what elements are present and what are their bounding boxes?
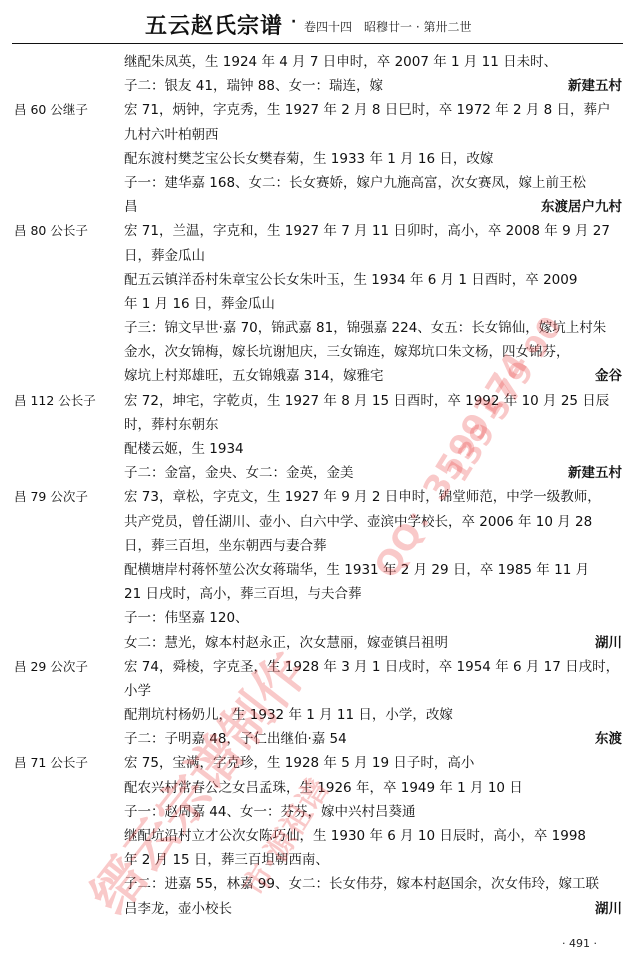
genealogy-entry: 昌 79 公次子宏 73，章松，字克文，生 1927 年 9 月 2 日申时，锦… [0, 485, 635, 654]
entry-text: 金水，次女锦梅，嫁长坑谢旭庆，三女锦连，嫁郑坑口朱文杨，四女锦芬， [124, 344, 570, 360]
entry-body: 宏 73，章松，字克文，生 1927 年 9 月 2 日申时，锦堂师范，中学一级… [124, 485, 622, 654]
genealogy-entry: 继配朱凤英，生 1924 年 4 月 7 日申时，卒 2007 年 1 月 11… [0, 50, 635, 98]
residence-location: 湖川 [595, 631, 622, 655]
residence-location: 新建五村 [568, 74, 622, 98]
entry-text: 子二：银友 41，瑞钟 88、女一：瑞连，嫁 [124, 78, 383, 94]
entry-text: 宏 72，坤宅，字乾贞，生 1927 年 8 月 15 日酉时，卒 1992 年… [124, 393, 609, 409]
entry-text: 子二：金富，金央、女二：金英，金美 [124, 465, 354, 481]
entry-line: 子一：赵周嘉 44、女一：芬芬，嫁中兴村吕葵通 [124, 800, 622, 824]
entry-text: 吕李龙，壶小校长 [124, 901, 232, 917]
entry-text: 时，葬村东朝东 [124, 417, 219, 433]
residence-location: 东渡 [595, 727, 622, 751]
entry-text: 九村六叶柏朝西 [124, 127, 219, 143]
volume-subtitle: 卷四十四 昭穆廿一 · 第卅二世 [304, 18, 471, 35]
entry-text: 配东渡村樊芝宝公长女樊春菊，生 1933 年 1 月 16 日，改嫁 [124, 151, 493, 167]
entry-body: 宏 75，宝满，字克珍，生 1928 年 5 月 19 日子时，高小配农兴村常春… [124, 751, 622, 920]
entry-body: 宏 71，兰温，字克和，生 1927 年 7 月 11 日卯时，高小，卒 200… [124, 219, 622, 388]
entry-text: 继配朱凤英，生 1924 年 4 月 7 日申时，卒 2007 年 1 月 11… [124, 54, 557, 70]
residence-location: 湖川 [595, 897, 622, 921]
entry-body: 宏 74，舜棱，字克圣，生 1928 年 3 月 1 日戌时，卒 1954 年 … [124, 655, 622, 752]
entry-line: 宏 71，兰温，字克和，生 1927 年 7 月 11 日卯时，高小，卒 200… [124, 219, 622, 243]
entry-line: 时，葬村东朝东 [124, 413, 622, 437]
entry-line: 九村六叶柏朝西 [124, 123, 622, 147]
lineage-label: 昌 112 公长子 [14, 389, 96, 413]
entry-line: 女二：慧光，嫁本村赵永正，次女慧丽，嫁壶镇吕祖明湖川 [124, 631, 622, 655]
entry-line: 继配朱凤英，生 1924 年 4 月 7 日申时，卒 2007 年 1 月 11… [124, 50, 622, 74]
entry-line: 吕李龙，壶小校长湖川 [124, 897, 622, 921]
entry-text: 小学 [124, 683, 151, 699]
lineage-label: 昌 60 公继子 [14, 98, 88, 122]
entry-text: 宏 71，炳钟，字克秀，生 1927 年 2 月 8 日巳时，卒 1972 年 … [124, 102, 611, 118]
residence-location: 东渡居户九村 [541, 195, 622, 219]
header-rule [12, 43, 623, 44]
entry-text: 子二：子明嘉 48，子仁出继伯·嘉 54 [124, 731, 347, 747]
entry-line: 继配坑沿村立才公次女陈巧仙，生 1930 年 6 月 10 日辰时，高小，卒 1… [124, 824, 622, 848]
entry-line: 子三：锦文早世·嘉 70，锦武嘉 81，锦强嘉 224、女五：长女锦仙，嫁坑上村… [124, 316, 622, 340]
lineage-label: 昌 80 公长子 [14, 219, 88, 243]
entry-line: 宏 75，宝满，字克珍，生 1928 年 5 月 19 日子时，高小 [124, 751, 622, 775]
entry-body: 宏 71，炳钟，字克秀，生 1927 年 2 月 8 日巳时，卒 1972 年 … [124, 98, 622, 219]
entry-text: 宏 75，宝满，字克珍，生 1928 年 5 月 19 日子时，高小 [124, 755, 474, 771]
entry-text: 配农兴村常春公之女吕孟珠，生 1926 年，卒 1949 年 1 月 10 日 [124, 780, 523, 796]
book-title: 五云赵氏宗谱 [145, 9, 283, 40]
entry-line: 配荆坑村杨奶儿，生 1932 年 1 月 11 日，小学，改嫁 [124, 703, 622, 727]
entry-line: 子二：金富，金央、女二：金英，金美新建五村 [124, 461, 622, 485]
entry-text: 配横塘岸村蒋怀堃公次女蒋瑞华，生 1931 年 2 月 29 日，卒 1985 … [124, 562, 589, 578]
entry-text: 21 日戌时，高小，葬三百坦，与夫合葬 [124, 586, 361, 602]
entry-text: 宏 71，兰温，字克和，生 1927 年 7 月 11 日卯时，高小，卒 200… [124, 223, 610, 239]
entry-text: 宏 74，舜棱，字克圣，生 1928 年 3 月 1 日戌时，卒 1954 年 … [124, 659, 619, 675]
title-separator: · [291, 14, 296, 30]
genealogy-entry: 昌 112 公长子宏 72，坤宅，字乾贞，生 1927 年 8 月 15 日酉时… [0, 389, 635, 486]
entry-line: 年 1 月 16 日，葬金瓜山 [124, 292, 622, 316]
entry-line: 子二：进嘉 55，林嘉 99、女二：长女伟芬，嫁本村赵国余，次女伟玲，嫁工联 [124, 872, 622, 896]
entry-line: 配横塘岸村蒋怀堃公次女蒋瑞华，生 1931 年 2 月 29 日，卒 1985 … [124, 558, 622, 582]
entry-line: 子一：伟坚嘉 120、 [124, 606, 622, 630]
entry-line: 共产党员，曾任湖川、壶小、白六中学、壶滨中学校长，卒 2006 年 10 月 2… [124, 510, 622, 534]
genealogy-entries: 继配朱凤英，生 1924 年 4 月 7 日申时，卒 2007 年 1 月 11… [0, 50, 635, 921]
entry-line: 金水，次女锦梅，嫁长坑谢旭庆，三女锦连，嫁郑坑口朱文杨，四女锦芬， [124, 340, 622, 364]
entry-line: 配五云镇洋岙村朱章宝公长女朱叶玉，生 1934 年 6 月 1 日酉时，卒 20… [124, 268, 622, 292]
entry-text: 日，葬三百坦，坐东朝西与妻合葬 [124, 538, 327, 554]
entry-body: 宏 72，坤宅，字乾贞，生 1927 年 8 月 15 日酉时，卒 1992 年… [124, 389, 622, 486]
entry-text: 子一：赵周嘉 44、女一：芬芬，嫁中兴村吕葵通 [124, 804, 415, 820]
genealogy-entry: 昌 60 公继子宏 71，炳钟，字克秀，生 1927 年 2 月 8 日巳时，卒… [0, 98, 635, 219]
entry-text: 配五云镇洋岙村朱章宝公长女朱叶玉，生 1934 年 6 月 1 日酉时，卒 20… [124, 272, 577, 288]
entry-line: 嫁坑上村郑雄旺，五女锦娥嘉 314，嫁雅宅金谷 [124, 364, 622, 388]
entry-line: 年 2 月 15 日，葬三百坦朝西南、 [124, 848, 622, 872]
entry-text: 日，葬金瓜山 [124, 248, 205, 264]
entry-line: 21 日戌时，高小，葬三百坦，与夫合葬 [124, 582, 622, 606]
genealogy-entry: 昌 71 公长子宏 75，宝满，字克珍，生 1928 年 5 月 19 日子时，… [0, 751, 635, 920]
residence-location: 新建五村 [568, 461, 622, 485]
entry-line: 配农兴村常春公之女吕孟珠，生 1926 年，卒 1949 年 1 月 10 日 [124, 776, 622, 800]
entry-text: 子一：建华嘉 168、女二：长女赛娇，嫁户九施高富，次女赛凤，嫁上前王松 [124, 175, 586, 191]
entry-text: 子三：锦文早世·嘉 70，锦武嘉 81，锦强嘉 224、女五：长女锦仙，嫁坑上村… [124, 320, 606, 336]
genealogy-entry: 昌 80 公长子宏 71，兰温，字克和，生 1927 年 7 月 11 日卯时，… [0, 219, 635, 388]
entry-line: 子二：银友 41，瑞钟 88、女一：瑞连，嫁新建五村 [124, 74, 622, 98]
entry-line: 昌东渡居户九村 [124, 195, 622, 219]
entry-line: 小学 [124, 679, 622, 703]
residence-location: 金谷 [595, 364, 622, 388]
entry-text: 继配坑沿村立才公次女陈巧仙，生 1930 年 6 月 10 日辰时，高小，卒 1… [124, 828, 586, 844]
entry-text: 昌 [124, 199, 138, 215]
lineage-label: 昌 29 公次子 [14, 655, 88, 679]
entry-text: 嫁坑上村郑雄旺，五女锦娥嘉 314，嫁雅宅 [124, 368, 384, 384]
lineage-label: 昌 79 公次子 [14, 485, 88, 509]
genealogy-entry: 昌 29 公次子宏 74，舜棱，字克圣，生 1928 年 3 月 1 日戌时，卒… [0, 655, 635, 752]
page-header: 五云赵氏宗谱 · 卷四十四 昭穆廿一 · 第卅二世 [0, 0, 635, 43]
entry-line: 宏 72，坤宅，字乾贞，生 1927 年 8 月 15 日酉时，卒 1992 年… [124, 389, 622, 413]
entry-text: 子二：进嘉 55，林嘉 99、女二：长女伟芬，嫁本村赵国余，次女伟玲，嫁工联 [124, 876, 599, 892]
entry-text: 配楼云姬，生 1934 [124, 441, 244, 457]
entry-line: 配东渡村樊芝宝公长女樊春菊，生 1933 年 1 月 16 日，改嫁 [124, 147, 622, 171]
entry-line: 子一：建华嘉 168、女二：长女赛娇，嫁户九施高富，次女赛凤，嫁上前王松 [124, 171, 622, 195]
entry-body: 继配朱凤英，生 1924 年 4 月 7 日申时，卒 2007 年 1 月 11… [124, 50, 622, 98]
entry-text: 配荆坑村杨奶儿，生 1932 年 1 月 11 日，小学，改嫁 [124, 707, 453, 723]
entry-line: 宏 71，炳钟，字克秀，生 1927 年 2 月 8 日巳时，卒 1972 年 … [124, 98, 622, 122]
entry-text: 女二：慧光，嫁本村赵永正，次女慧丽，嫁壶镇吕祖明 [124, 635, 448, 651]
entry-text: 子一：伟坚嘉 120、 [124, 610, 249, 626]
entry-line: 日，葬三百坦，坐东朝西与妻合葬 [124, 534, 622, 558]
entry-line: 子二：子明嘉 48，子仁出继伯·嘉 54东渡 [124, 727, 622, 751]
entry-line: 宏 73，章松，字克文，生 1927 年 9 月 2 日申时，锦堂师范，中学一级… [124, 485, 622, 509]
entry-text: 共产党员，曾任湖川、壶小、白六中学、壶滨中学校长，卒 2006 年 10 月 2… [124, 514, 592, 530]
entry-line: 日，葬金瓜山 [124, 244, 622, 268]
entry-line: 宏 74，舜棱，字克圣，生 1928 年 3 月 1 日戌时，卒 1954 年 … [124, 655, 622, 679]
page-number: · 491 · [562, 937, 597, 950]
entry-text: 年 2 月 15 日，葬三百坦朝西南、 [124, 852, 329, 868]
entry-text: 宏 73，章松，字克文，生 1927 年 9 月 2 日申时，锦堂师范，中学一级… [124, 489, 601, 505]
entry-text: 年 1 月 16 日，葬金瓜山 [124, 296, 275, 312]
lineage-label: 昌 71 公长子 [14, 751, 88, 775]
entry-line: 配楼云姬，生 1934 [124, 437, 622, 461]
